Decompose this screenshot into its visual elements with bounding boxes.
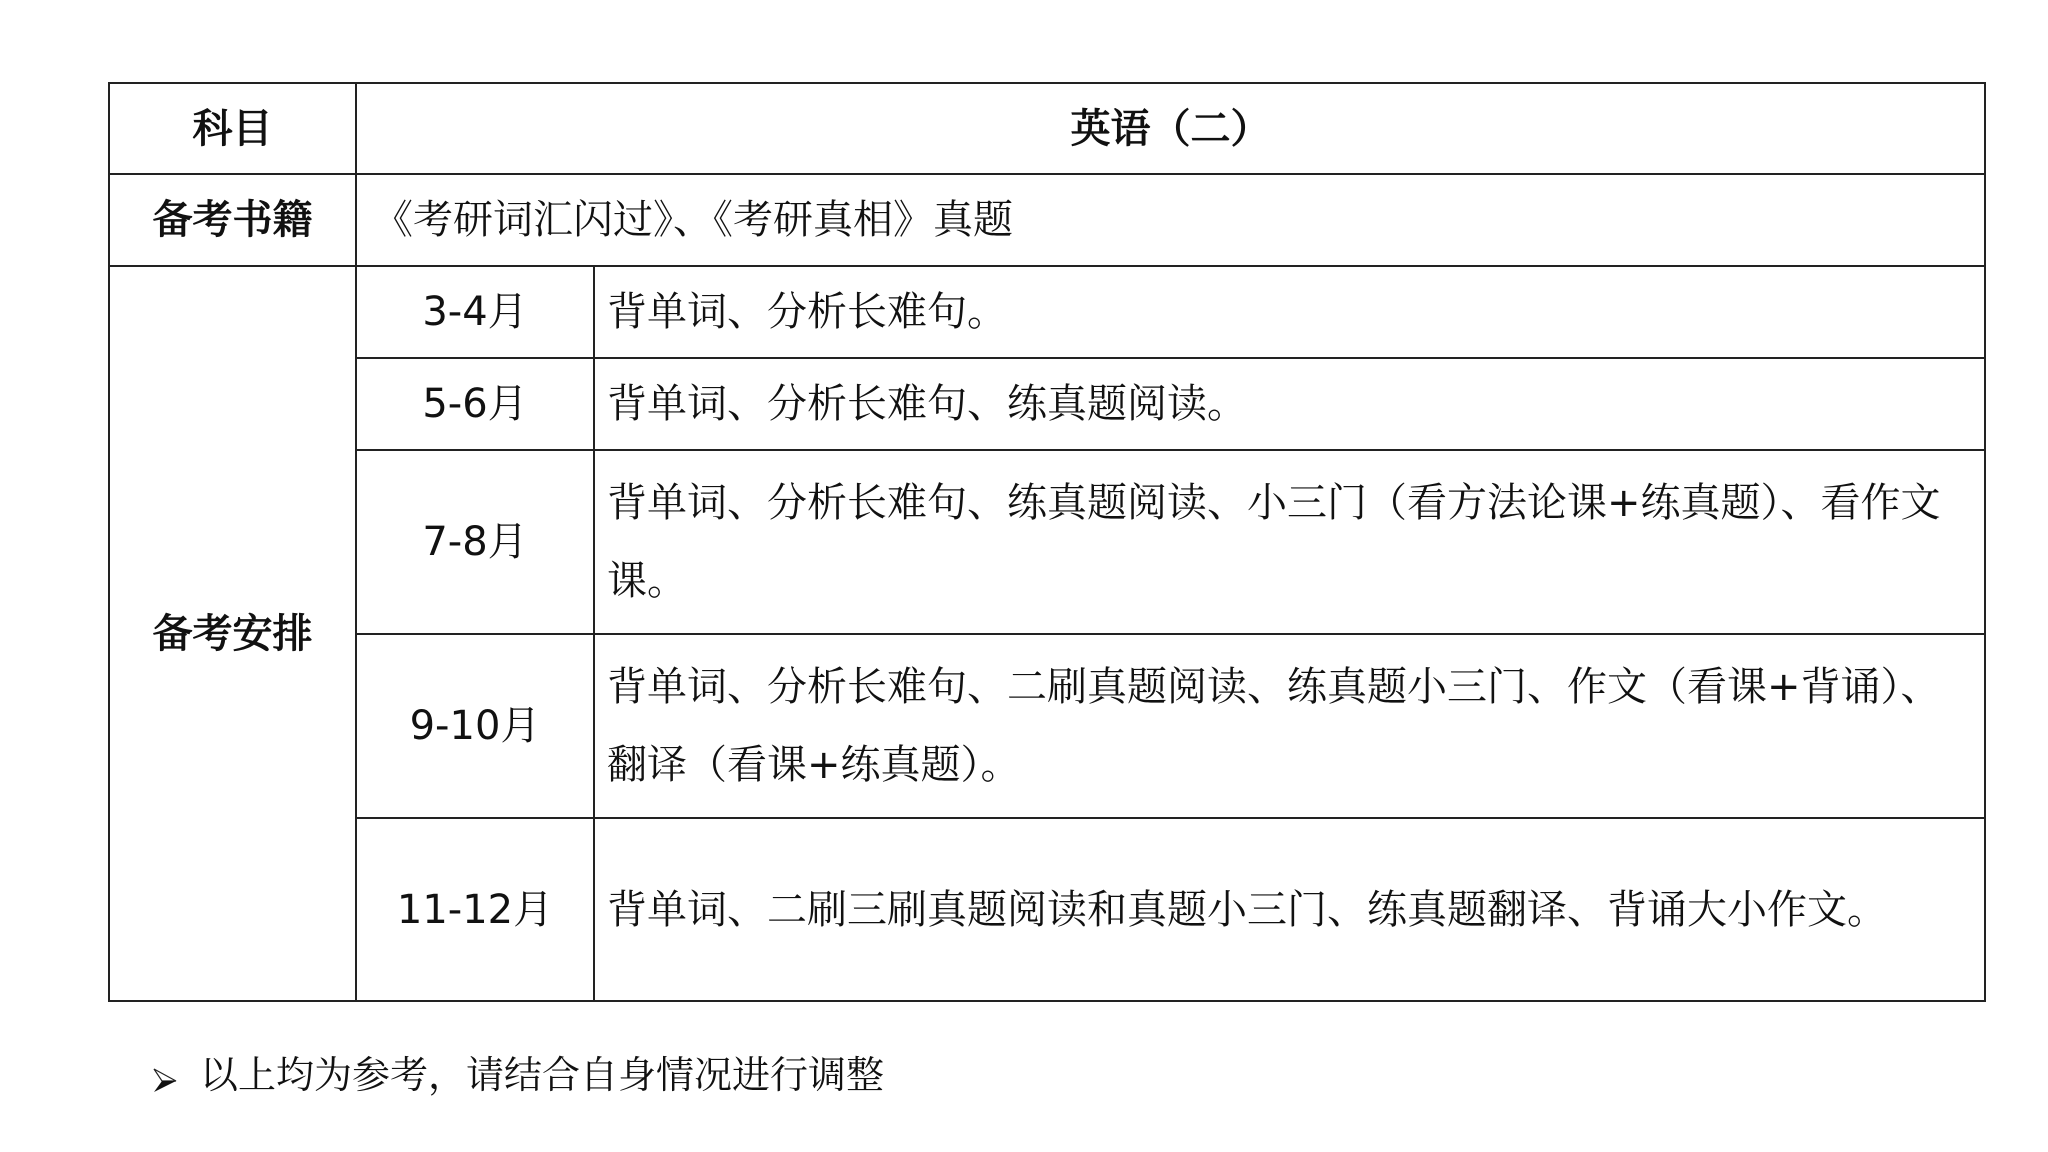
schedule-month: 5-6月 <box>356 358 594 450</box>
schedule-month: 9-10月 <box>356 634 594 818</box>
table-header-row: 科目 英语（二） <box>109 83 1985 174</box>
schedule-row: 11-12月 背单词、二刷三刷真题阅读和真题小三门、练真题翻译、背诵大小作文。 <box>109 818 1985 1001</box>
arrow-bullet-icon <box>152 1058 178 1084</box>
schedule-row: 备考安排 3-4月 背单词、分析长难句。 <box>109 266 1985 358</box>
schedule-task: 背单词、分析长难句、练真题阅读。 <box>594 358 1985 450</box>
schedule-task: 背单词、分析长难句、二刷真题阅读、练真题小三门、作文（看课+背诵）、翻译（看课+… <box>594 634 1985 818</box>
books-row: 备考书籍 《考研词汇闪过》、《考研真相》真题 <box>109 174 1985 266</box>
footnote: 以上均为参考，请结合自身情况进行调整 <box>152 1046 884 1096</box>
books-value: 《考研词汇闪过》、《考研真相》真题 <box>356 174 1985 266</box>
schedule-month: 11-12月 <box>356 818 594 1001</box>
subject-value: 英语（二） <box>356 83 1985 174</box>
subject-label: 科目 <box>109 83 356 174</box>
footnote-text: 以上均为参考，请结合自身情况进行调整 <box>200 1044 884 1099</box>
schedule-label: 备考安排 <box>109 266 356 1001</box>
schedule-task: 背单词、分析长难句、练真题阅读、小三门（看方法论课+练真题）、看作文课。 <box>594 450 1985 634</box>
schedule-task: 背单词、二刷三刷真题阅读和真题小三门、练真题翻译、背诵大小作文。 <box>594 818 1985 1001</box>
schedule-task: 背单词、分析长难句。 <box>594 266 1985 358</box>
schedule-row: 5-6月 背单词、分析长难句、练真题阅读。 <box>109 358 1985 450</box>
schedule-month: 7-8月 <box>356 450 594 634</box>
schedule-month: 3-4月 <box>356 266 594 358</box>
schedule-row: 9-10月 背单词、分析长难句、二刷真题阅读、练真题小三门、作文（看课+背诵）、… <box>109 634 1985 818</box>
books-label: 备考书籍 <box>109 174 356 266</box>
schedule-row: 7-8月 背单词、分析长难句、练真题阅读、小三门（看方法论课+练真题）、看作文课… <box>109 450 1985 634</box>
study-plan-table: 科目 英语（二） 备考书籍 《考研词汇闪过》、《考研真相》真题 备考安排 3-4… <box>108 82 1986 1002</box>
